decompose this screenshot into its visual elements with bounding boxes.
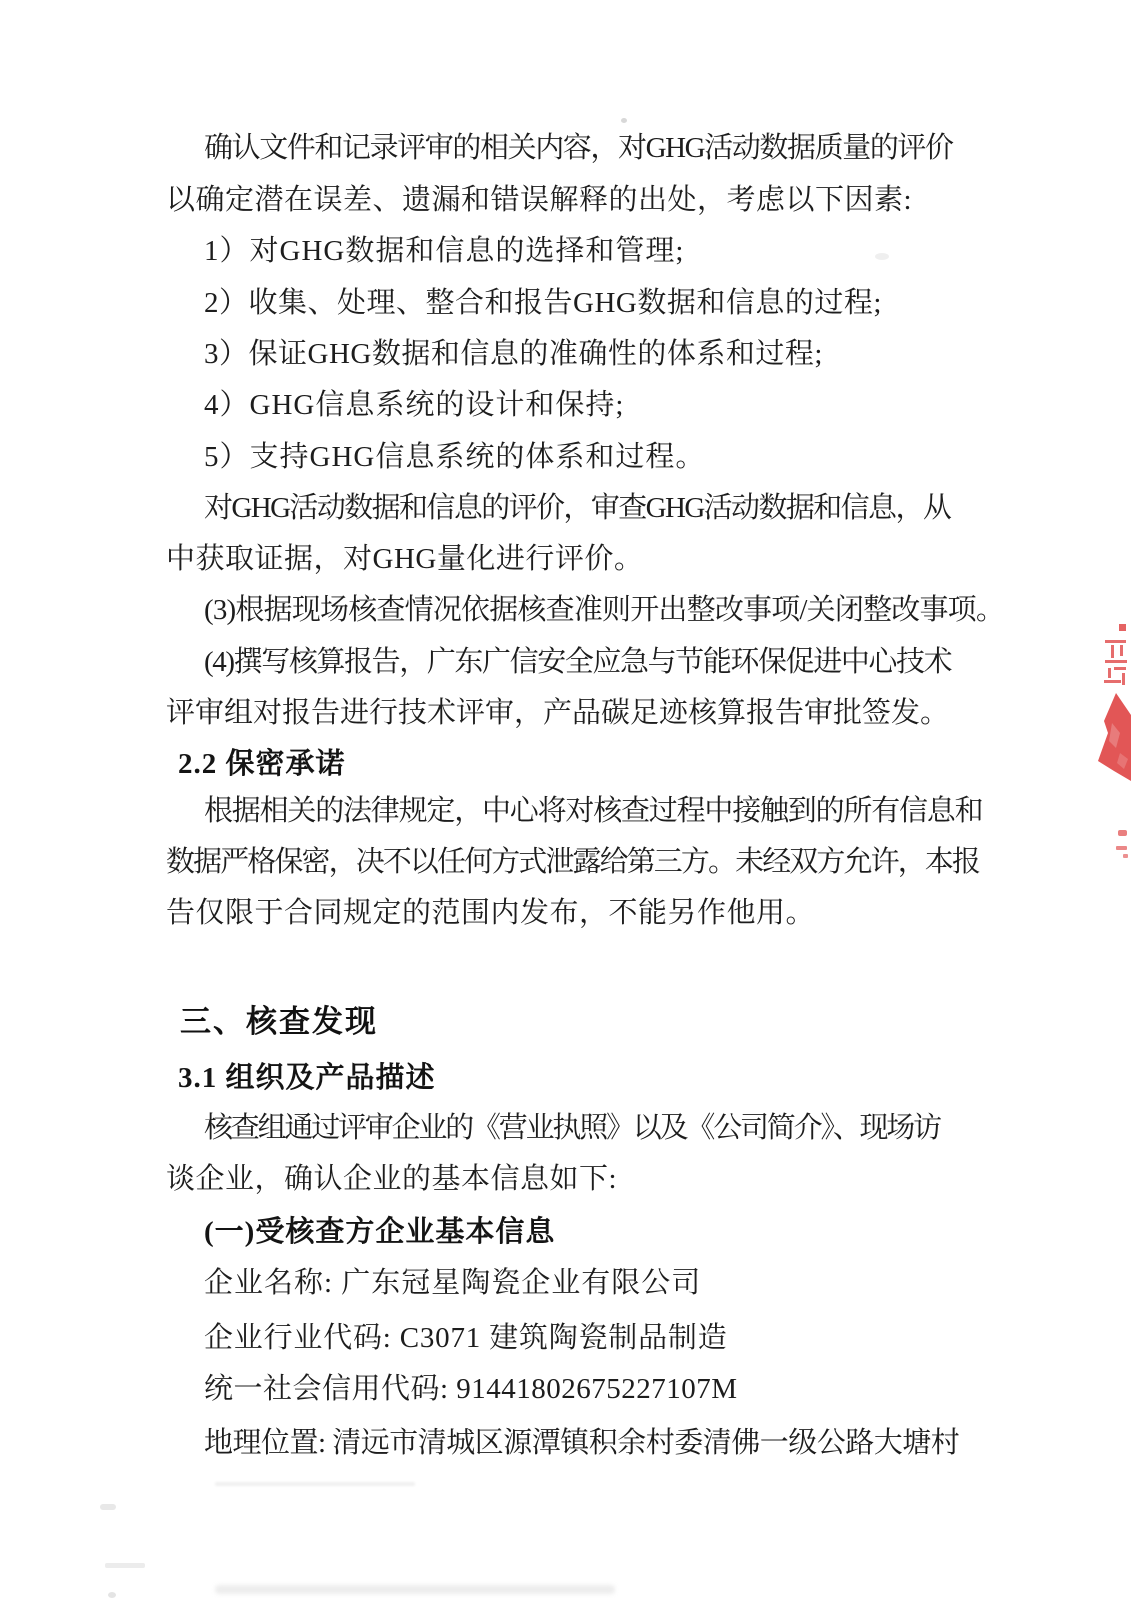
scan-streak	[100, 1504, 116, 1510]
list-item: 1）对GHG数据和信息的选择和管理;	[204, 231, 684, 271]
scan-streak	[215, 1482, 415, 1486]
body-line: (3)根据现场核查情况依据核查准则开出整改事项/关闭整改事项。	[204, 590, 1004, 630]
body-line: 告仅限于合同规定的范围内发布，不能另作他用。	[166, 893, 815, 933]
seal-fragment-ink-specks-icon	[1110, 828, 1131, 862]
heading-section-3: 三、核查发现	[180, 1002, 378, 1042]
field-credit-code: 统一社会信用代码: 91441802675227107M	[204, 1369, 738, 1409]
heading-2-2: 2.2 保密承诺	[178, 744, 346, 784]
seal-fragment-star-point-icon	[1090, 693, 1131, 783]
field-company-name: 企业名称: 广东冠星陶瓷企业有限公司	[204, 1263, 701, 1303]
subheading-company-info: (一)受核查方企业基本信息	[204, 1212, 555, 1252]
body-line: 中获取证据，对GHG量化进行评价。	[166, 539, 643, 579]
body-line: (4)撰写核算报告，广东广信安全应急与节能环保促进中心技术	[204, 642, 951, 682]
seal-fragment-rotated-text-icon	[1097, 618, 1131, 696]
scan-streak	[215, 1585, 615, 1594]
body-line: 确认文件和记录评审的相关内容，对GHG活动数据质量的评价	[204, 128, 953, 168]
list-item: 5）支持GHG信息系统的体系和过程。	[204, 437, 705, 477]
body-line: 核查组通过评审企业的《营业执照》以及《公司简介》、现场访	[204, 1108, 940, 1148]
scan-speck	[875, 253, 889, 260]
field-location: 地理位置: 清远市清城区源潭镇积余村委清佛一级公路大塘村	[204, 1423, 959, 1463]
body-line: 数据严格保密，决不以任何方式泄露给第三方。未经双方允许，本报	[166, 842, 979, 882]
field-industry-code: 企业行业代码: C3071 建筑陶瓷制品制造	[204, 1318, 728, 1358]
body-line: 以确定潜在误差、遗漏和错误解释的出处，考虑以下因素:	[166, 180, 912, 220]
list-item: 3）保证GHG数据和信息的准确性的体系和过程;	[204, 334, 823, 374]
body-line: 对GHG活动数据和信息的评价，审查GHG活动数据和信息，从	[204, 488, 950, 528]
body-line: 根据相关的法律规定，中心将对核查过程中接触到的所有信息和	[204, 791, 982, 831]
scan-speck	[108, 1592, 116, 1598]
list-item: 2）收集、处理、整合和报告GHG数据和信息的过程;	[204, 283, 882, 323]
document-page: 确认文件和记录评审的相关内容，对GHG活动数据质量的评价 以确定潜在误差、遗漏和…	[0, 0, 1131, 1600]
scan-speck	[621, 118, 627, 123]
body-line: 评审组对报告进行技术评审，产品碳足迹核算报告审批签发。	[166, 693, 949, 733]
heading-3-1: 3.1 组织及产品描述	[178, 1058, 436, 1098]
body-line: 谈企业，确认企业的基本信息如下:	[166, 1159, 617, 1199]
list-item: 4）GHG信息系统的设计和保持;	[204, 385, 624, 425]
scan-streak	[105, 1563, 145, 1568]
